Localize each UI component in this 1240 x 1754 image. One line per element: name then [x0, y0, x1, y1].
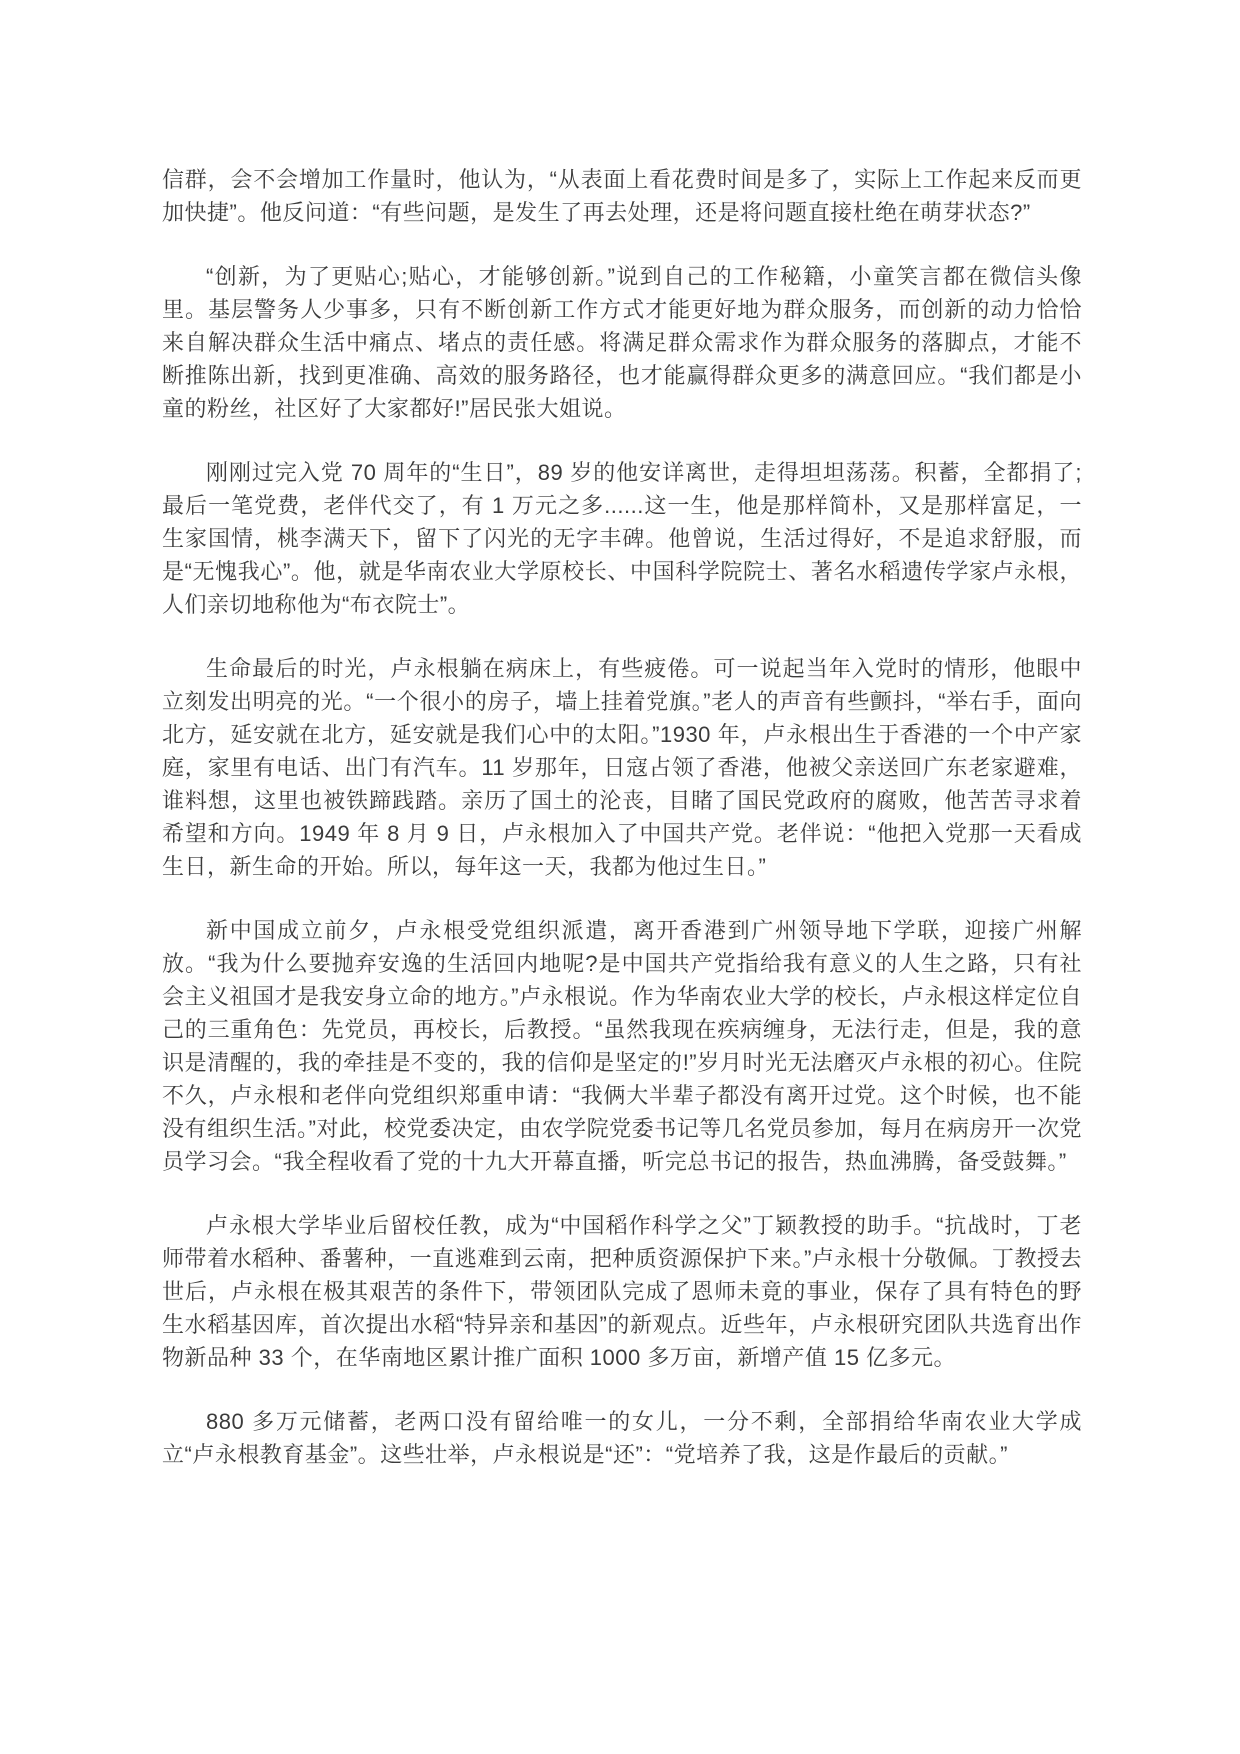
paragraph: “创新，为了更贴心;贴心，才能够创新。”说到自己的工作秘籍，小童笑言都在微信头像…: [162, 260, 1082, 425]
paragraph: 880 多万元储蓄，老两口没有留给唯一的女儿，一分不剩，全部捐给华南农业大学成立…: [162, 1405, 1082, 1471]
document-page: 信群，会不会增加工作量时，他认为，“从表面上看花费时间是多了，实际上工作起来反而…: [0, 0, 1240, 1754]
paragraph: 刚刚过完入党 70 周年的“生日”，89 岁的他安详离世，走得坦坦荡荡。积蓄，全…: [162, 456, 1082, 621]
paragraph: 卢永根大学毕业后留校任教，成为“中国稻作科学之父”丁颖教授的助手。“抗战时，丁老…: [162, 1209, 1082, 1374]
paragraph: 生命最后的时光，卢永根躺在病床上，有些疲倦。可一说起当年入党时的情形，他眼中立刻…: [162, 652, 1082, 883]
paragraph-continuation: 信群，会不会增加工作量时，他认为，“从表面上看花费时间是多了，实际上工作起来反而…: [162, 163, 1082, 229]
paragraph: 新中国成立前夕，卢永根受党组织派遣，离开香港到广州领导地下学联，迎接广州解放。“…: [162, 914, 1082, 1178]
